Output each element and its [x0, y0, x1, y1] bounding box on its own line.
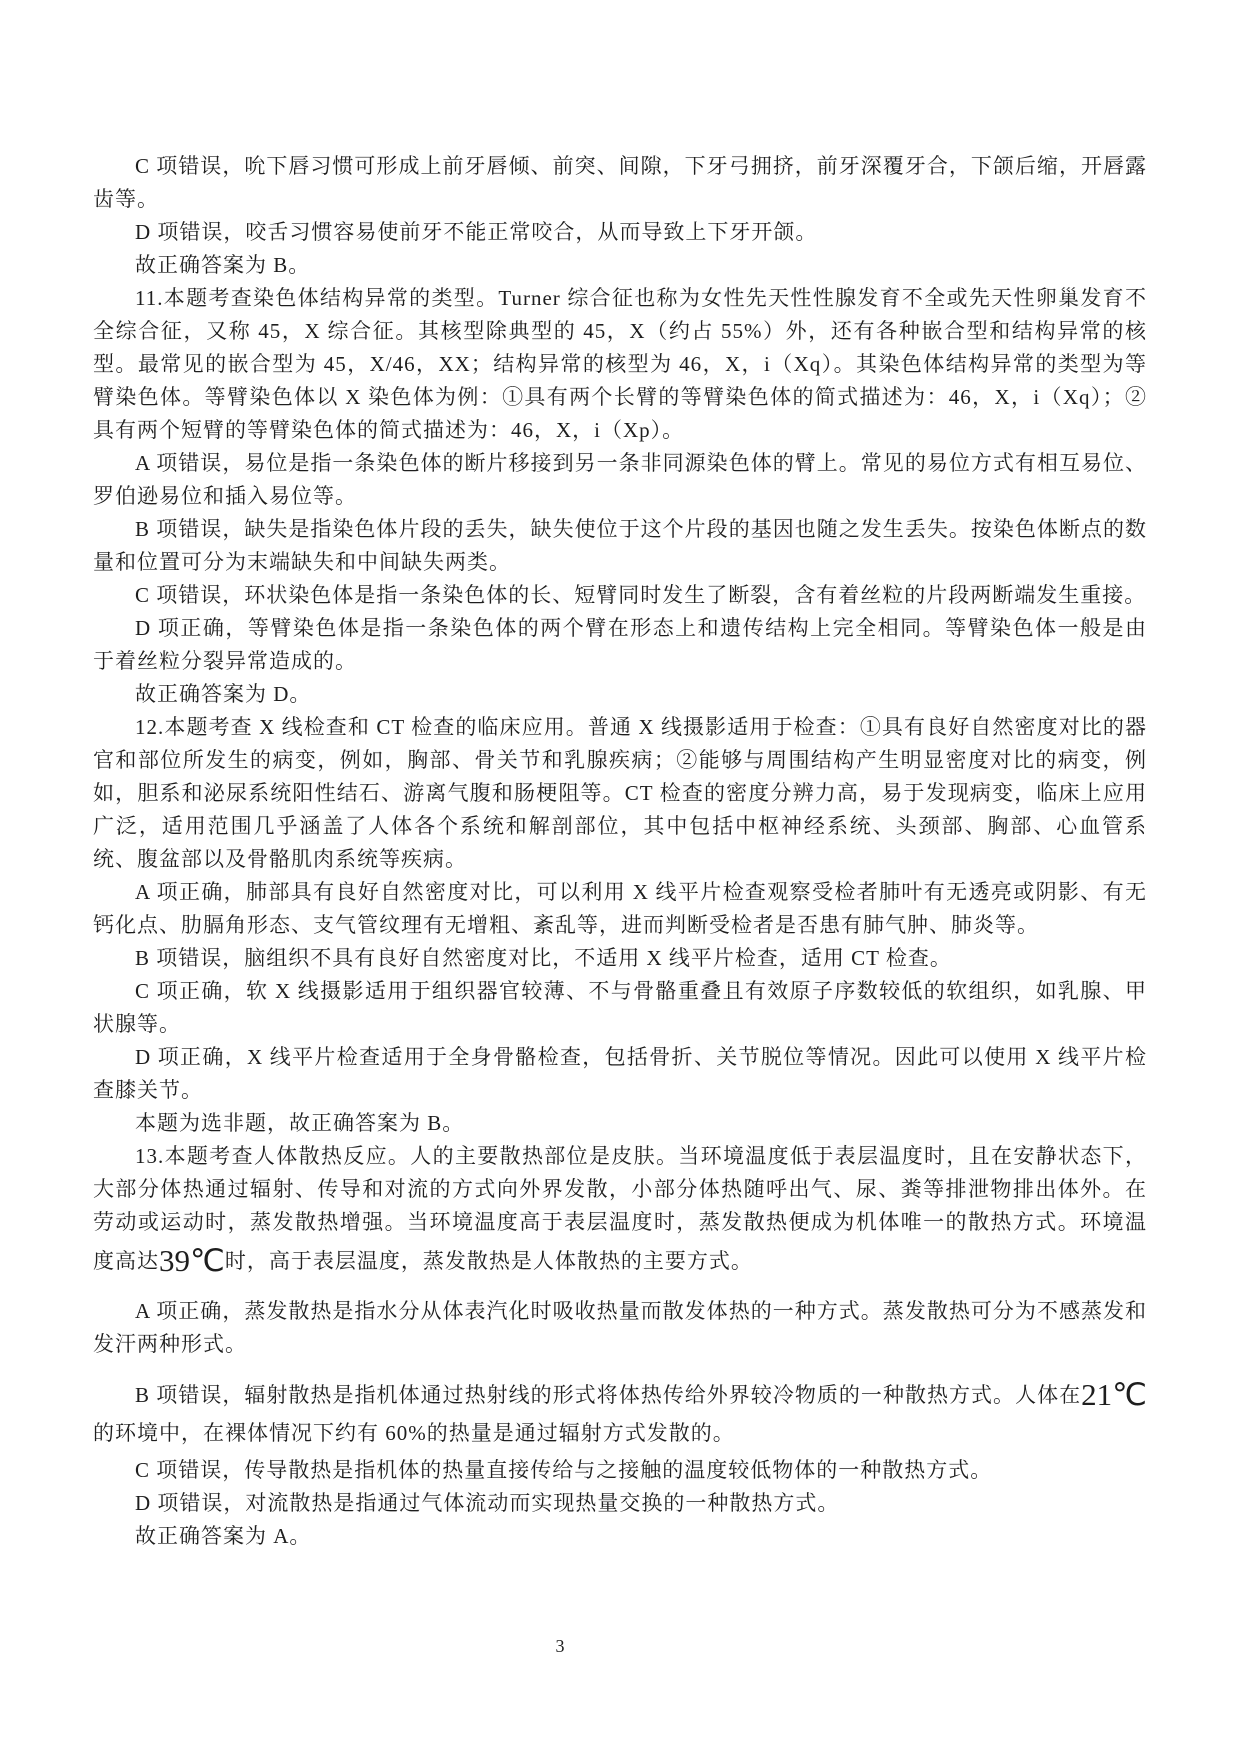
paragraph: A 项错误，易位是指一条染色体的断片移接到另一条非同源染色体的臂上。常见的易位方… [93, 447, 1147, 513]
inline-formula: 39℃ [159, 1243, 225, 1278]
paragraph: 11.本题考查染色体结构异常的类型。Turner 综合征也称为女性先天性性腺发育… [93, 282, 1147, 447]
text-segment: C 项错误，环状染色体是指一条染色体的长、短臂同时发生了断裂，含有着丝粒的片段两… [135, 583, 1146, 607]
text-segment: 12.本题考查 X 线检查和 CT 检查的临床应用。普通 X 线摄影适用于检查：… [93, 715, 1147, 871]
paragraph: 13.本题考查人体散热反应。人的主要散热部位是皮肤。当环境温度低于表层温度时，且… [93, 1140, 1147, 1283]
text-segment: 故正确答案为 A。 [135, 1524, 311, 1548]
inline-formula: 21℃ [1081, 1377, 1147, 1412]
paragraph: 故正确答案为 A。 [93, 1520, 1147, 1553]
text-segment: B 项错误，脑组织不具有良好自然密度对比，不适用 X 线平片检查，适用 CT 检… [135, 946, 952, 970]
paragraph: B 项错误，辐射散热是指机体通过热射线的形式将体热传给外界较冷物质的一种散热方式… [93, 1373, 1147, 1450]
text-segment: 的环境中，在裸体情况下约有 60%的热量是通过辐射方式发散的。 [93, 1421, 735, 1445]
document-page: C 项错误，吮下唇习惯可形成上前牙唇倾、前突、间隙，下牙弓拥挤，前牙深覆牙合，下… [0, 0, 1240, 1754]
paragraph: C 项错误，吮下唇习惯可形成上前牙唇倾、前突、间隙，下牙弓拥挤，前牙深覆牙合，下… [93, 150, 1147, 216]
text-segment: D 项正确，等臂染色体是指一条染色体的两个臂在形态上和遗传结构上完全相同。等臂染… [93, 616, 1147, 673]
paragraph: 本题为选非题，故正确答案为 B。 [93, 1107, 1147, 1140]
paragraph: 故正确答案为 D。 [93, 678, 1147, 711]
text-segment: A 项正确，蒸发散热是指水分从体表汽化时吸收热量而散发体热的一种方式。蒸发散热可… [93, 1299, 1147, 1356]
paragraph: 故正确答案为 B。 [93, 249, 1147, 282]
paragraph: C 项错误，传导散热是指机体的热量直接传给与之接触的温度较低物体的一种散热方式。 [93, 1454, 1147, 1487]
paragraph: A 项正确，肺部具有良好自然密度对比，可以利用 X 线平片检查观察受检者肺叶有无… [93, 876, 1147, 942]
paragraph: D 项正确，X 线平片检查适用于全身骨骼检查，包括骨折、关节脱位等情况。因此可以… [93, 1041, 1147, 1107]
text-segment: D 项错误，咬舌习惯容易使前牙不能正常咬合，从而导致上下牙开颌。 [135, 220, 817, 244]
text-segment: A 项错误，易位是指一条染色体的断片移接到另一条非同源染色体的臂上。常见的易位方… [93, 451, 1147, 508]
paragraph: 12.本题考查 X 线检查和 CT 检查的临床应用。普通 X 线摄影适用于检查：… [93, 711, 1147, 876]
text-segment: B 项错误，缺失是指染色体片段的丢失，缺失使位于这个片段的基因也随之发生丢失。按… [93, 517, 1147, 574]
paragraph: B 项错误，缺失是指染色体片段的丢失，缺失使位于这个片段的基因也随之发生丢失。按… [93, 513, 1147, 579]
paragraph: D 项错误，咬舌习惯容易使前牙不能正常咬合，从而导致上下牙开颌。 [93, 216, 1147, 249]
page-number: 3 [0, 1636, 1120, 1657]
document-body: C 项错误，吮下唇习惯可形成上前牙唇倾、前突、间隙，下牙弓拥挤，前牙深覆牙合，下… [93, 150, 1147, 1553]
text-segment: C 项正确，软 X 线摄影适用于组织器官较薄、不与骨骼重叠且有效原子序数较低的软… [93, 979, 1147, 1036]
paragraph: C 项错误，环状染色体是指一条染色体的长、短臂同时发生了断裂，含有着丝粒的片段两… [93, 579, 1147, 612]
text-segment: 故正确答案为 D。 [135, 682, 311, 706]
text-segment: D 项正确，X 线平片检查适用于全身骨骼检查，包括骨折、关节脱位等情况。因此可以… [93, 1045, 1147, 1102]
paragraph: B 项错误，脑组织不具有良好自然密度对比，不适用 X 线平片检查，适用 CT 检… [93, 942, 1147, 975]
text-segment: A 项正确，肺部具有良好自然密度对比，可以利用 X 线平片检查观察受检者肺叶有无… [93, 880, 1147, 937]
paragraph: D 项错误，对流散热是指通过气体流动而实现热量交换的一种散热方式。 [93, 1487, 1147, 1520]
text-segment: C 项错误，吮下唇习惯可形成上前牙唇倾、前突、间隙，下牙弓拥挤，前牙深覆牙合，下… [93, 154, 1147, 211]
text-segment: 故正确答案为 B。 [135, 253, 310, 277]
text-segment: 本题为选非题，故正确答案为 B。 [135, 1111, 464, 1135]
paragraph: A 项正确，蒸发散热是指水分从体表汽化时吸收热量而散发体热的一种方式。蒸发散热可… [93, 1295, 1147, 1361]
text-segment: 时，高于表层温度，蒸发散热是人体散热的主要方式。 [225, 1249, 753, 1273]
text-segment: B 项错误，辐射散热是指机体通过热射线的形式将体热传给外界较冷物质的一种散热方式… [135, 1383, 1081, 1407]
text-segment: C 项错误，传导散热是指机体的热量直接传给与之接触的温度较低物体的一种散热方式。 [135, 1458, 992, 1482]
paragraph: C 项正确，软 X 线摄影适用于组织器官较薄、不与骨骼重叠且有效原子序数较低的软… [93, 975, 1147, 1041]
paragraph: D 项正确，等臂染色体是指一条染色体的两个臂在形态上和遗传结构上完全相同。等臂染… [93, 612, 1147, 678]
text-segment: D 项错误，对流散热是指通过气体流动而实现热量交换的一种散热方式。 [135, 1491, 839, 1515]
text-segment: 11.本题考查染色体结构异常的类型。Turner 综合征也称为女性先天性性腺发育… [93, 286, 1147, 442]
